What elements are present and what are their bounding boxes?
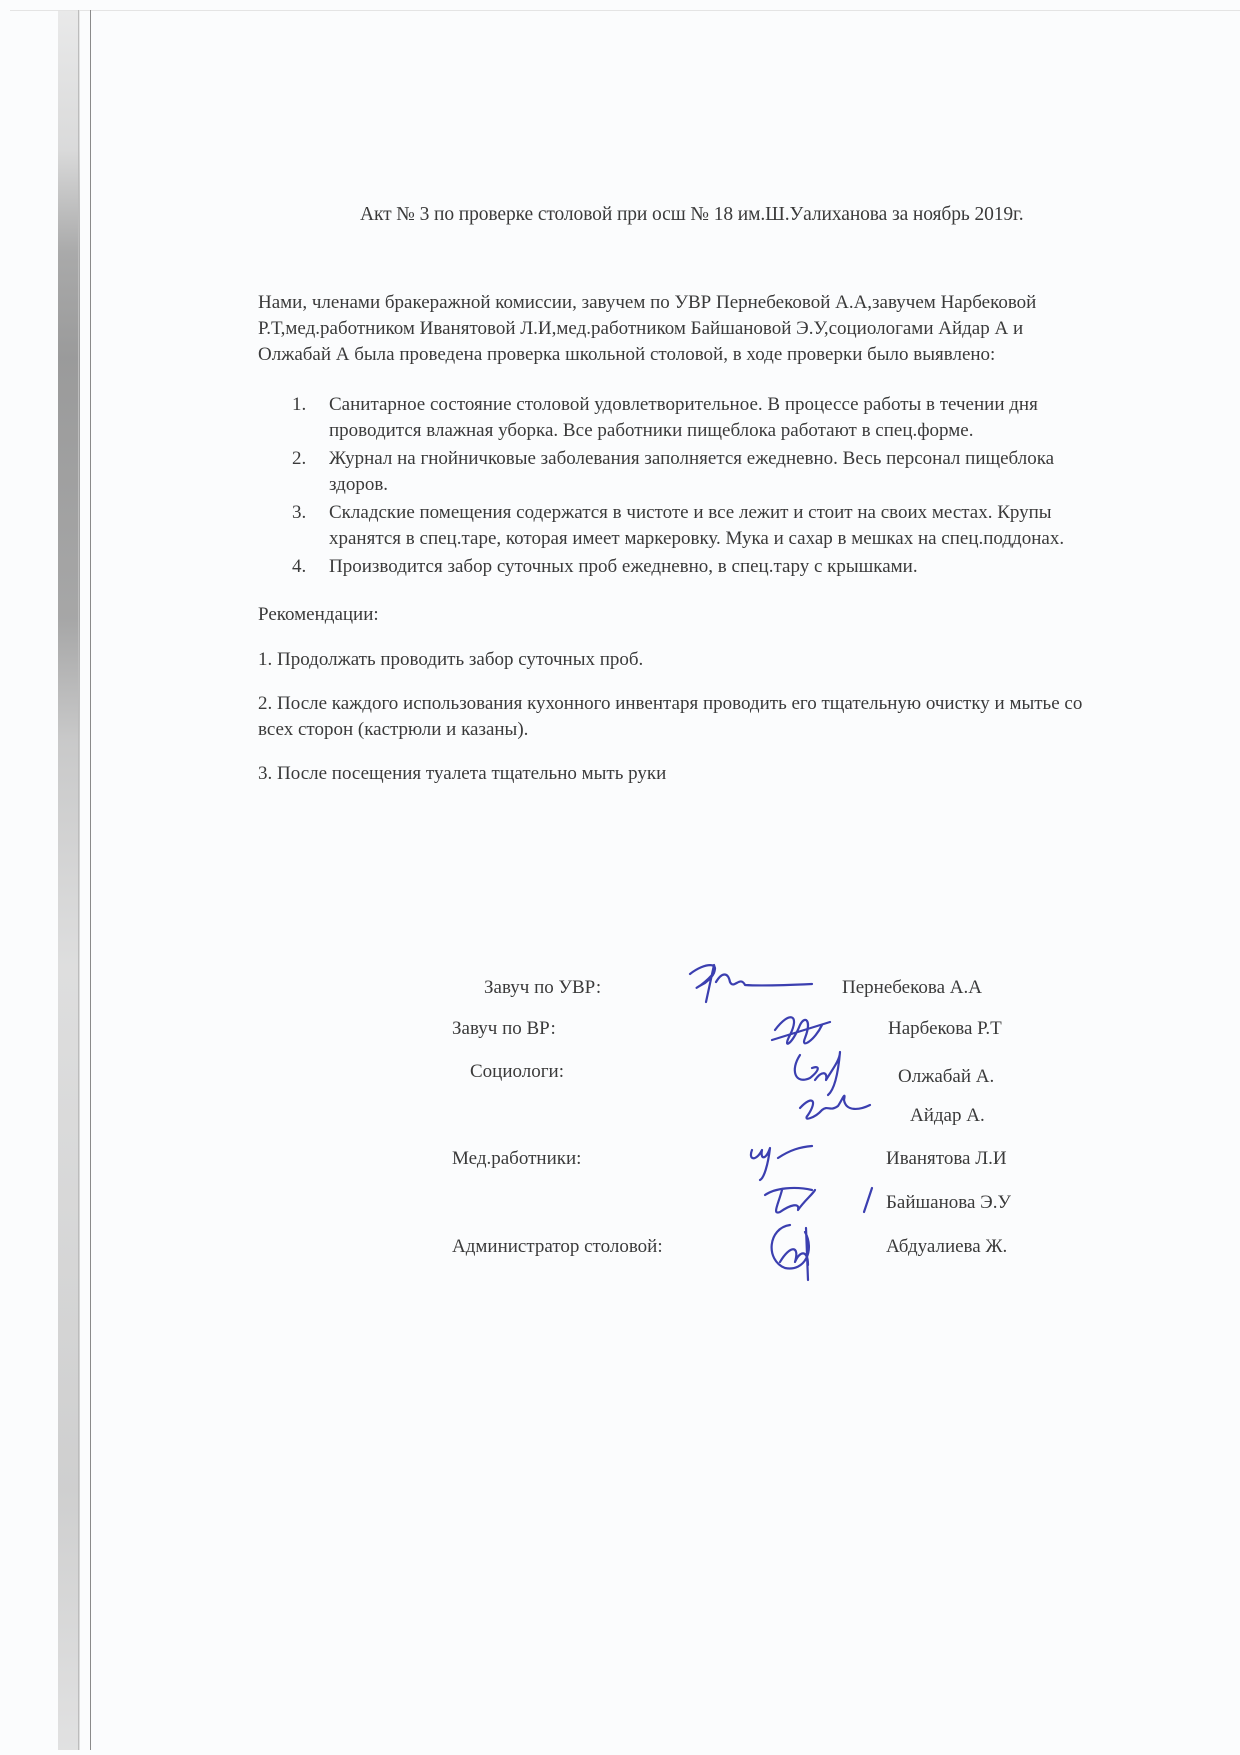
signature-aidar bbox=[800, 1096, 870, 1119]
signature-narbekova bbox=[772, 1017, 830, 1043]
signature-olzhabai bbox=[795, 1052, 840, 1095]
signature-ivanyatova bbox=[751, 1146, 812, 1180]
signature-pernebekova bbox=[690, 965, 812, 1002]
handwritten-signatures bbox=[0, 0, 1240, 1755]
signature-abdualieva bbox=[772, 1225, 809, 1280]
signature-baishanova bbox=[765, 1188, 872, 1213]
scanned-document-page: Акт № 3 по проверке столовой при осш № 1… bbox=[0, 0, 1240, 1755]
